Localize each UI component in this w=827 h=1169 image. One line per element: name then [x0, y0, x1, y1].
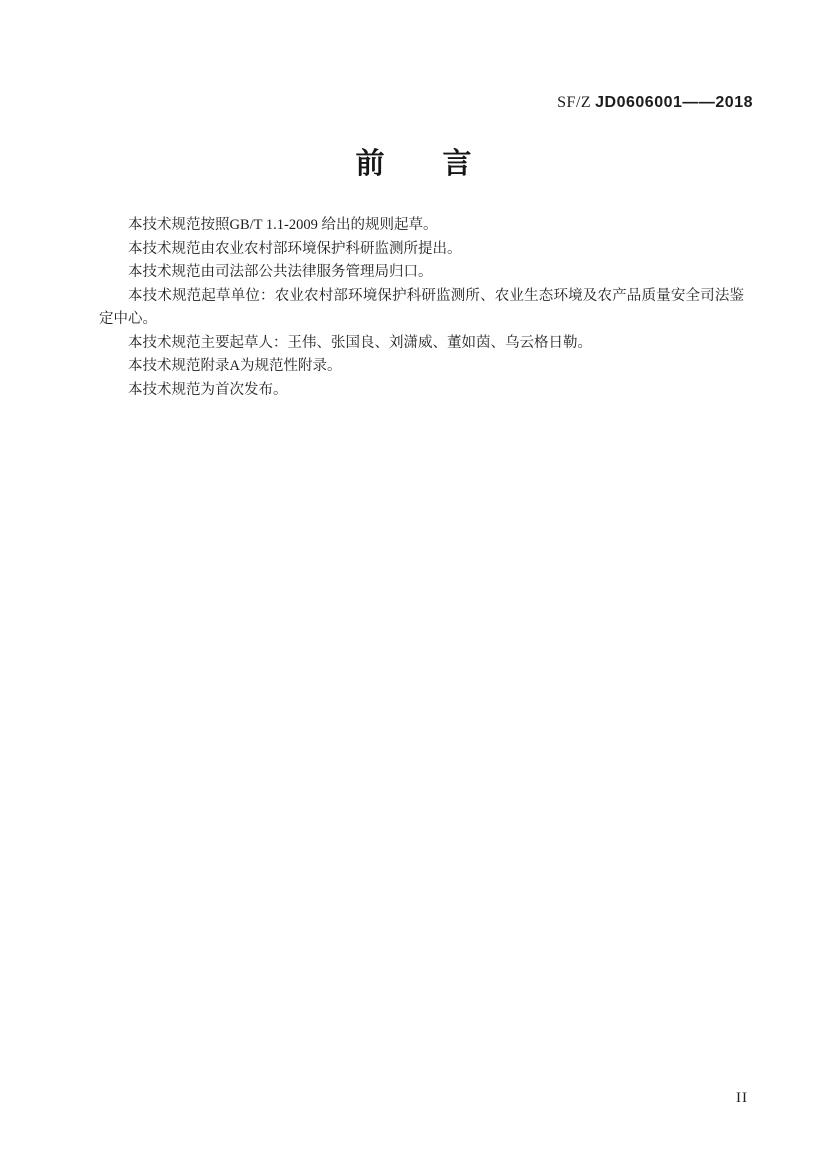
standard-code-header: SF/Z JD0606001——2018	[0, 94, 753, 112]
paragraph: 本技术规范由农业农村部环境保护科研监测所提出。	[99, 238, 744, 262]
paragraph: 本技术规范为首次发布。	[99, 379, 744, 403]
page-number: II	[736, 1090, 748, 1107]
paragraph: 本技术规范由司法部公共法律服务管理局归口。	[99, 261, 744, 285]
standard-prefix: SF/Z	[557, 94, 591, 111]
paragraph: 本技术规范附录A为规范性附录。	[99, 355, 744, 379]
document-page: SF/Z JD0606001——2018 前 言 本技术规范按照GB/T 1.1…	[0, 0, 827, 1169]
standard-number: JD0606001——2018	[595, 94, 753, 111]
paragraph: 本技术规范按照GB/T 1.1-2009 给出的规则起草。	[99, 214, 744, 238]
page-title: 前 言	[0, 144, 827, 184]
paragraph: 本技术规范起草单位：农业农村部环境保护科研监测所、农业生态环境及农产品质量安全司…	[99, 285, 744, 332]
paragraph: 本技术规范主要起草人：王伟、张国良、刘潇威、董如茵、乌云格日勒。	[99, 332, 744, 356]
body-text: 本技术规范按照GB/T 1.1-2009 给出的规则起草。本技术规范由农业农村部…	[99, 214, 744, 402]
